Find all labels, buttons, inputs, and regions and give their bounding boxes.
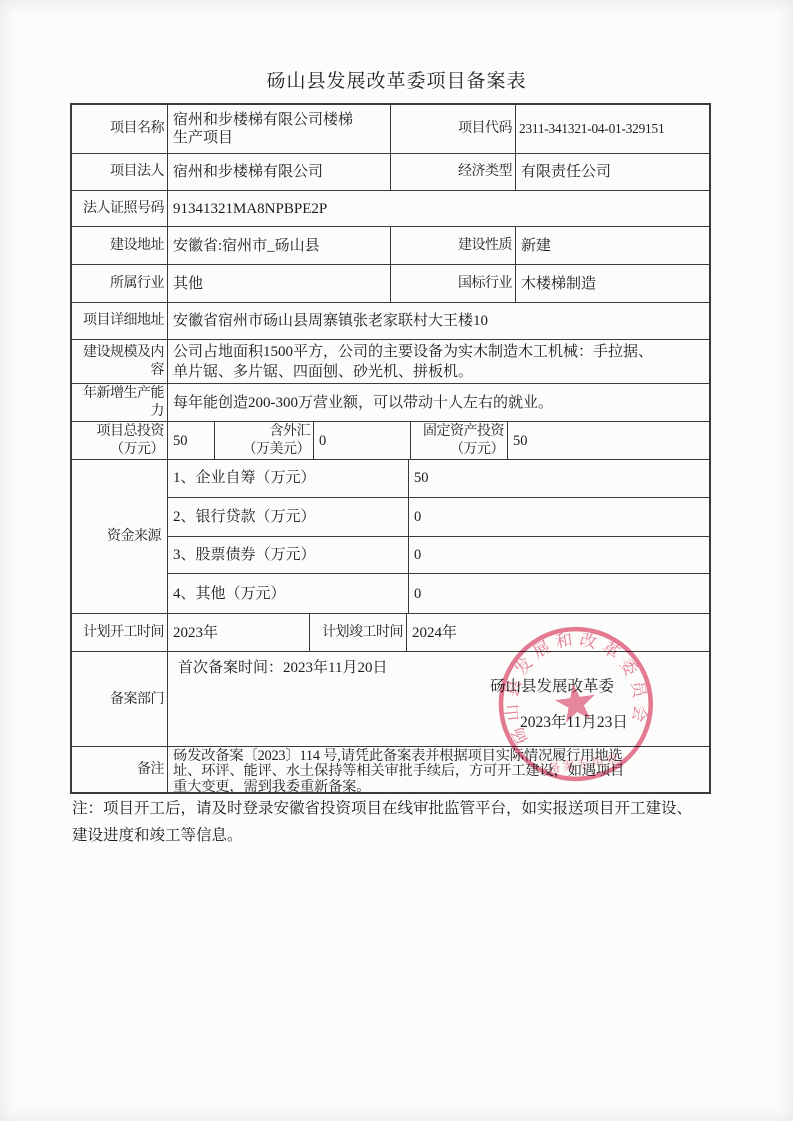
- funding-label: 资金来源: [72, 460, 168, 614]
- form-row-remarks: 备注 砀发改备案〔2023〕114 号,请凭此备案表并根据项目实际情况履行用地选…: [72, 747, 709, 792]
- capacity-value: 每年能创造200-300万营业额，可以带动十人左右的就业。: [168, 384, 709, 421]
- detail-address-label: 项目详细地址: [72, 303, 168, 339]
- total-investment-value: 50: [168, 422, 215, 459]
- scale-content-value: 公司占地面积1500平方，公司的主要设备为实木制造木工机械：手拉据、 单片锯、多…: [168, 340, 709, 383]
- foreign-exchange-value: 0: [314, 422, 411, 459]
- form-row-schedule: 计划开工时间 2023年 计划竣工时间 2024年: [72, 614, 709, 652]
- filing-dept-label: 备案部门: [72, 652, 168, 747]
- start-time-label: 计划开工时间: [72, 614, 168, 651]
- license-no-label: 法人证照号码: [72, 191, 168, 226]
- license-no-value: 91341321MA8NPBPE2P: [168, 191, 709, 226]
- form-row-detail-address: 项目详细地址 安徽省宿州市砀山县周寨镇张老家联村大王楼10: [72, 303, 709, 340]
- document-page: 砀山县发展改革委项目备案表 项目名称 宿州和步楼梯有限公司楼梯 生产项目 项目代…: [0, 0, 793, 1121]
- economic-type-value: 有限责任公司: [516, 154, 709, 190]
- capacity-label: 年新增生产能力: [72, 384, 168, 421]
- form-row-funding: 资金来源 1、企业自筹（万元） 50 2、银行贷款（万元） 0 3、股票债券（万…: [72, 460, 709, 614]
- form-row-investment: 项目总投资 （万元） 50 含外汇 （万美元） 0 固定资产投资 （万元） 50: [72, 422, 709, 460]
- form-row-capacity: 年新增生产能力 每年能创造200-300万营业额，可以带动十人左右的就业。: [72, 384, 709, 422]
- funding-item-row: 2、银行贷款（万元） 0: [168, 498, 709, 537]
- project-code-label: 项目代码: [391, 105, 516, 153]
- national-industry-value: 木楼梯制造: [516, 265, 709, 302]
- national-industry-label: 国标行业: [391, 265, 516, 302]
- build-nature-label: 建设性质: [391, 227, 516, 264]
- funding-item-name: 4、其他（万元）: [168, 574, 409, 613]
- form-row-license-no: 法人证照号码 91341321MA8NPBPE2P: [72, 191, 709, 227]
- build-nature-value: 新建: [516, 227, 709, 264]
- form-row-build-address: 建设地址 安徽省:宿州市_砀山县 建设性质 新建: [72, 227, 709, 265]
- page-title: 砀山县发展改革委项目备案表: [0, 66, 793, 93]
- project-code-value: 2311-341321-04-01-329151: [516, 105, 709, 153]
- detail-address-value: 安徽省宿州市砀山县周寨镇张老家联村大王楼10: [168, 303, 709, 339]
- project-name-value: 宿州和步楼梯有限公司楼梯 生产项目: [168, 105, 391, 153]
- remarks-value: 砀发改备案〔2023〕114 号,请凭此备案表并根据项目实际情况履行用地选 址、…: [168, 747, 709, 792]
- footnote: 注：项目开工后，请及时登录安徽省投资项目在线审批监管平台，如实报送项目开工建设、…: [72, 796, 740, 849]
- funding-item-name: 1、企业自筹（万元）: [168, 460, 409, 497]
- legal-person-value: 宿州和步楼梯有限公司: [168, 154, 391, 190]
- industry-value: 其他: [168, 265, 391, 302]
- filing-authority: 砀山县发展改革委: [490, 678, 614, 696]
- filing-form-table: 项目名称 宿州和步楼梯有限公司楼梯 生产项目 项目代码 2311-341321-…: [70, 103, 711, 794]
- form-row-industry: 所属行业 其他 国标行业 木楼梯制造: [72, 265, 709, 303]
- fixed-assets-value: 50: [508, 422, 709, 459]
- funding-item-value: 0: [409, 537, 709, 574]
- legal-person-label: 项目法人: [72, 154, 168, 190]
- total-investment-label: 项目总投资 （万元）: [72, 422, 168, 459]
- remarks-label: 备注: [72, 747, 168, 792]
- build-address-label: 建设地址: [72, 227, 168, 264]
- fixed-assets-label: 固定资产投资 （万元）: [411, 422, 508, 459]
- funding-item-value: 50: [409, 460, 709, 497]
- funding-item-row: 4、其他（万元） 0: [168, 574, 709, 613]
- first-filing-date: 首次备案时间：2023年11月20日: [178, 659, 387, 677]
- funding-item-row: 1、企业自筹（万元） 50: [168, 460, 709, 498]
- funding-item-name: 3、股票债券（万元）: [168, 537, 409, 574]
- form-row-scale-content: 建设规模及内容 公司占地面积1500平方，公司的主要设备为实木制造木工机械：手拉…: [72, 340, 709, 384]
- industry-label: 所属行业: [72, 265, 168, 302]
- funding-subtable: 1、企业自筹（万元） 50 2、银行贷款（万元） 0 3、股票债券（万元） 0 …: [168, 460, 709, 613]
- build-address-value: 安徽省:宿州市_砀山县: [168, 227, 391, 264]
- scale-content-label: 建设规模及内容: [72, 340, 168, 383]
- filing-dept-content: 首次备案时间：2023年11月20日 砀山县发展改革委 2023年11月23日: [168, 652, 709, 747]
- funding-item-value: 0: [409, 498, 709, 536]
- form-row-project-name: 项目名称 宿州和步楼梯有限公司楼梯 生产项目 项目代码 2311-341321-…: [72, 105, 709, 154]
- form-row-legal-person: 项目法人 宿州和步楼梯有限公司 经济类型 有限责任公司: [72, 154, 709, 191]
- economic-type-label: 经济类型: [391, 154, 516, 190]
- finish-time-value: 2024年: [407, 614, 709, 651]
- foreign-exchange-label: 含外汇 （万美元）: [215, 422, 314, 459]
- finish-time-label: 计划竣工时间: [310, 614, 407, 651]
- filing-date: 2023年11月23日: [520, 714, 628, 732]
- form-row-filing-dept: 备案部门 首次备案时间：2023年11月20日 砀山县发展改革委 2023年11…: [72, 652, 709, 747]
- project-name-label: 项目名称: [72, 105, 168, 153]
- funding-item-value: 0: [409, 574, 709, 613]
- start-time-value: 2023年: [168, 614, 310, 651]
- funding-item-name: 2、银行贷款（万元）: [168, 498, 409, 536]
- funding-item-row: 3、股票债券（万元） 0: [168, 537, 709, 575]
